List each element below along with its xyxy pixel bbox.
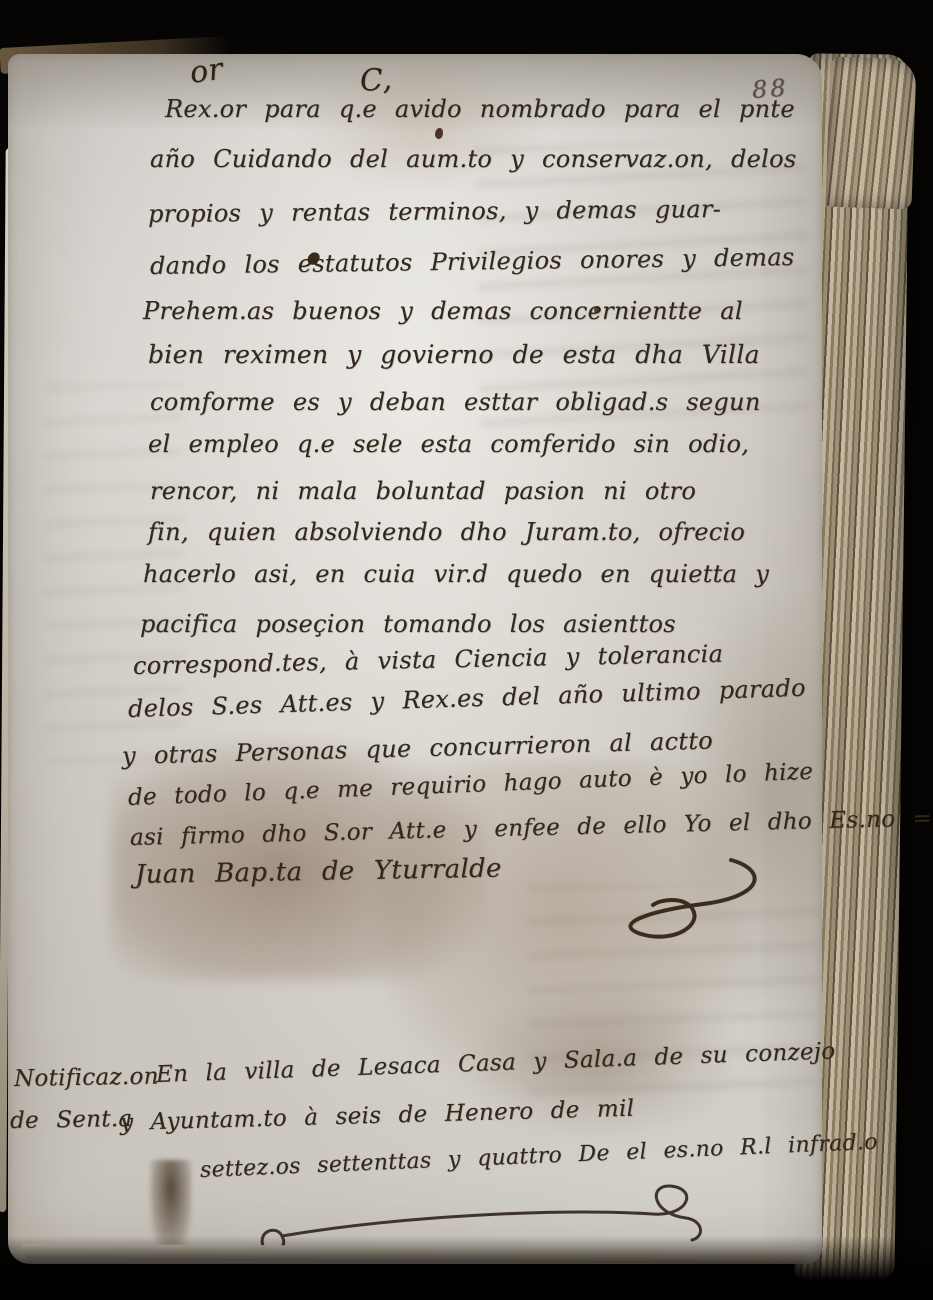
- superscript-flourish: C,: [359, 62, 393, 99]
- manuscript-line: correspond.tes, à vista Ciencia y tolera…: [133, 640, 724, 680]
- signature-rubric-flourish: [553, 852, 783, 952]
- margin-note-line: de Sent.a: [10, 1106, 133, 1134]
- manuscript-page: 88 or C, Rex.or para q.e avido nombrado …: [8, 54, 822, 1264]
- manuscript-line: el empleo q.e sele esta comferido sin od…: [148, 430, 749, 458]
- photo-background: 88 or C, Rex.or para q.e avido nombrado …: [0, 0, 933, 1300]
- manuscript-line: delos S.es Att.es y Rex.es del año ultim…: [128, 674, 807, 723]
- bottom-shadow: [0, 1236, 933, 1300]
- manuscript-line: asi firmo dho S.or Att.e y enfee de ello…: [130, 805, 933, 851]
- manuscript-line: bien reximen y govierno de esta dha Vill…: [148, 340, 760, 369]
- book-fore-edge-corner: [825, 57, 916, 210]
- manuscript-line: y otras Personas que concurrieron al act…: [122, 727, 714, 770]
- manuscript-line: fin, quien absolviendo dho Juram.to, ofr…: [148, 518, 745, 546]
- notification-line: y Ayuntam.to à seis de Henero de mil: [120, 1096, 635, 1136]
- manuscript-line: dando los estatutos Privilegios onores y…: [150, 243, 795, 280]
- manuscript-line: rencor, ni mala boluntad pasion ni otro: [150, 477, 696, 505]
- signature: Juan Bap.ta de Yturralde: [135, 854, 502, 890]
- margin-note-line: Notificaz.on: [14, 1063, 159, 1092]
- notification-line: settez.os settenttas y quattro De el es.…: [199, 1130, 878, 1183]
- notification-line: En la villa de Lesaca Casa y Sala.a de s…: [156, 1038, 836, 1088]
- manuscript-line: año Cuidando del aum.to y conservaz.on, …: [150, 145, 796, 173]
- manuscript-line: Prehem.as buenos y demas concernientte a…: [143, 297, 743, 325]
- ink-speck: [435, 128, 443, 139]
- manuscript-line: propios y rentas terminos, y demas guar-: [148, 195, 721, 228]
- manuscript-line: Rex.or para q.e avido nombrado para el p…: [165, 95, 795, 123]
- manuscript-line: hacerlo asi, en cuia vir.d quedo en quie…: [143, 560, 769, 588]
- manuscript-line: pacifica poseçion tomando los asienttos: [140, 610, 676, 638]
- superscript-flourish: or: [188, 52, 226, 91]
- manuscript-line: comforme es y deban esttar obligad.s seg…: [150, 388, 761, 416]
